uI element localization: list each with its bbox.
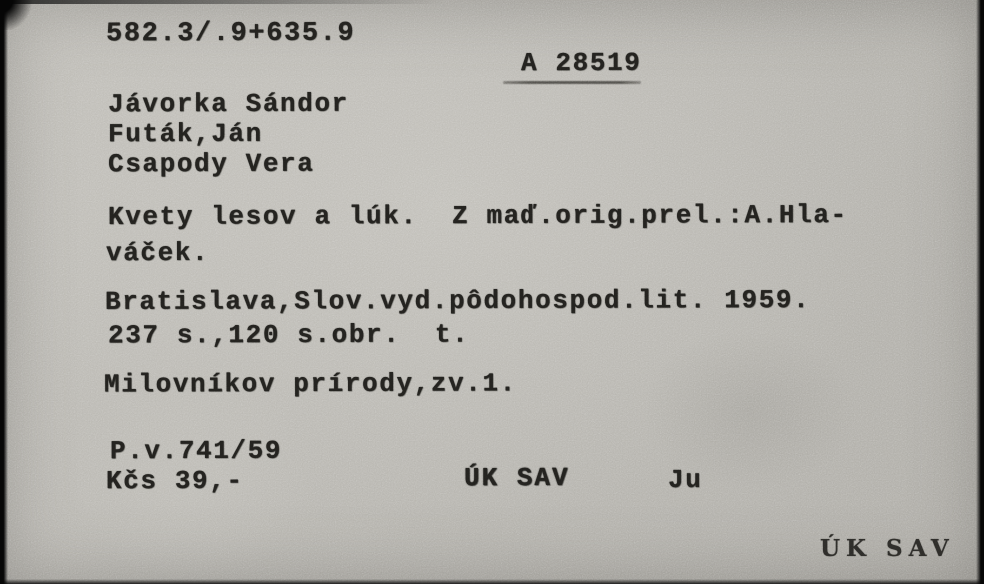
scan-edge-top bbox=[0, 0, 443, 4]
imprint-line: Bratislava,Slov.vyd.pôdohospod.lit. 1959… bbox=[105, 285, 810, 317]
author-line-1: Jávorka Sándor bbox=[108, 89, 349, 120]
price-line: Kčs 39,- bbox=[106, 466, 244, 496]
scan-edge-right bbox=[976, 0, 984, 584]
title-line-1: Kvety lesov a lúk. Z maď.orig.prel.:A.Hl… bbox=[108, 200, 848, 232]
library-stamp-center: ÚK SAV bbox=[464, 463, 570, 493]
record-number: P.v.741/59 bbox=[110, 436, 282, 466]
title-line-2: váček. bbox=[106, 238, 209, 268]
catalog-card-scan: 582.3/.9+635.9 A 28519 Jávorka Sándor Fu… bbox=[0, 0, 984, 584]
scan-corner-top-left bbox=[0, 0, 34, 30]
library-stamp-bottom-right: ÚK SAV bbox=[820, 535, 955, 562]
cataloguer-initials: Ju bbox=[668, 465, 702, 495]
author-line-3: Csapody Vera bbox=[108, 149, 315, 180]
classification-number: 582.3/.9+635.9 bbox=[106, 19, 355, 50]
series-line: Milovníkov prírody,zv.1. bbox=[104, 368, 517, 399]
accession-underline bbox=[503, 81, 641, 84]
scan-edge-left bbox=[0, 0, 8, 584]
author-line-2: Futák,Ján bbox=[108, 119, 263, 149]
accession-number: A 28519 bbox=[521, 48, 642, 78]
collation-line: 237 s.,120 s.obr. t. bbox=[108, 320, 469, 351]
